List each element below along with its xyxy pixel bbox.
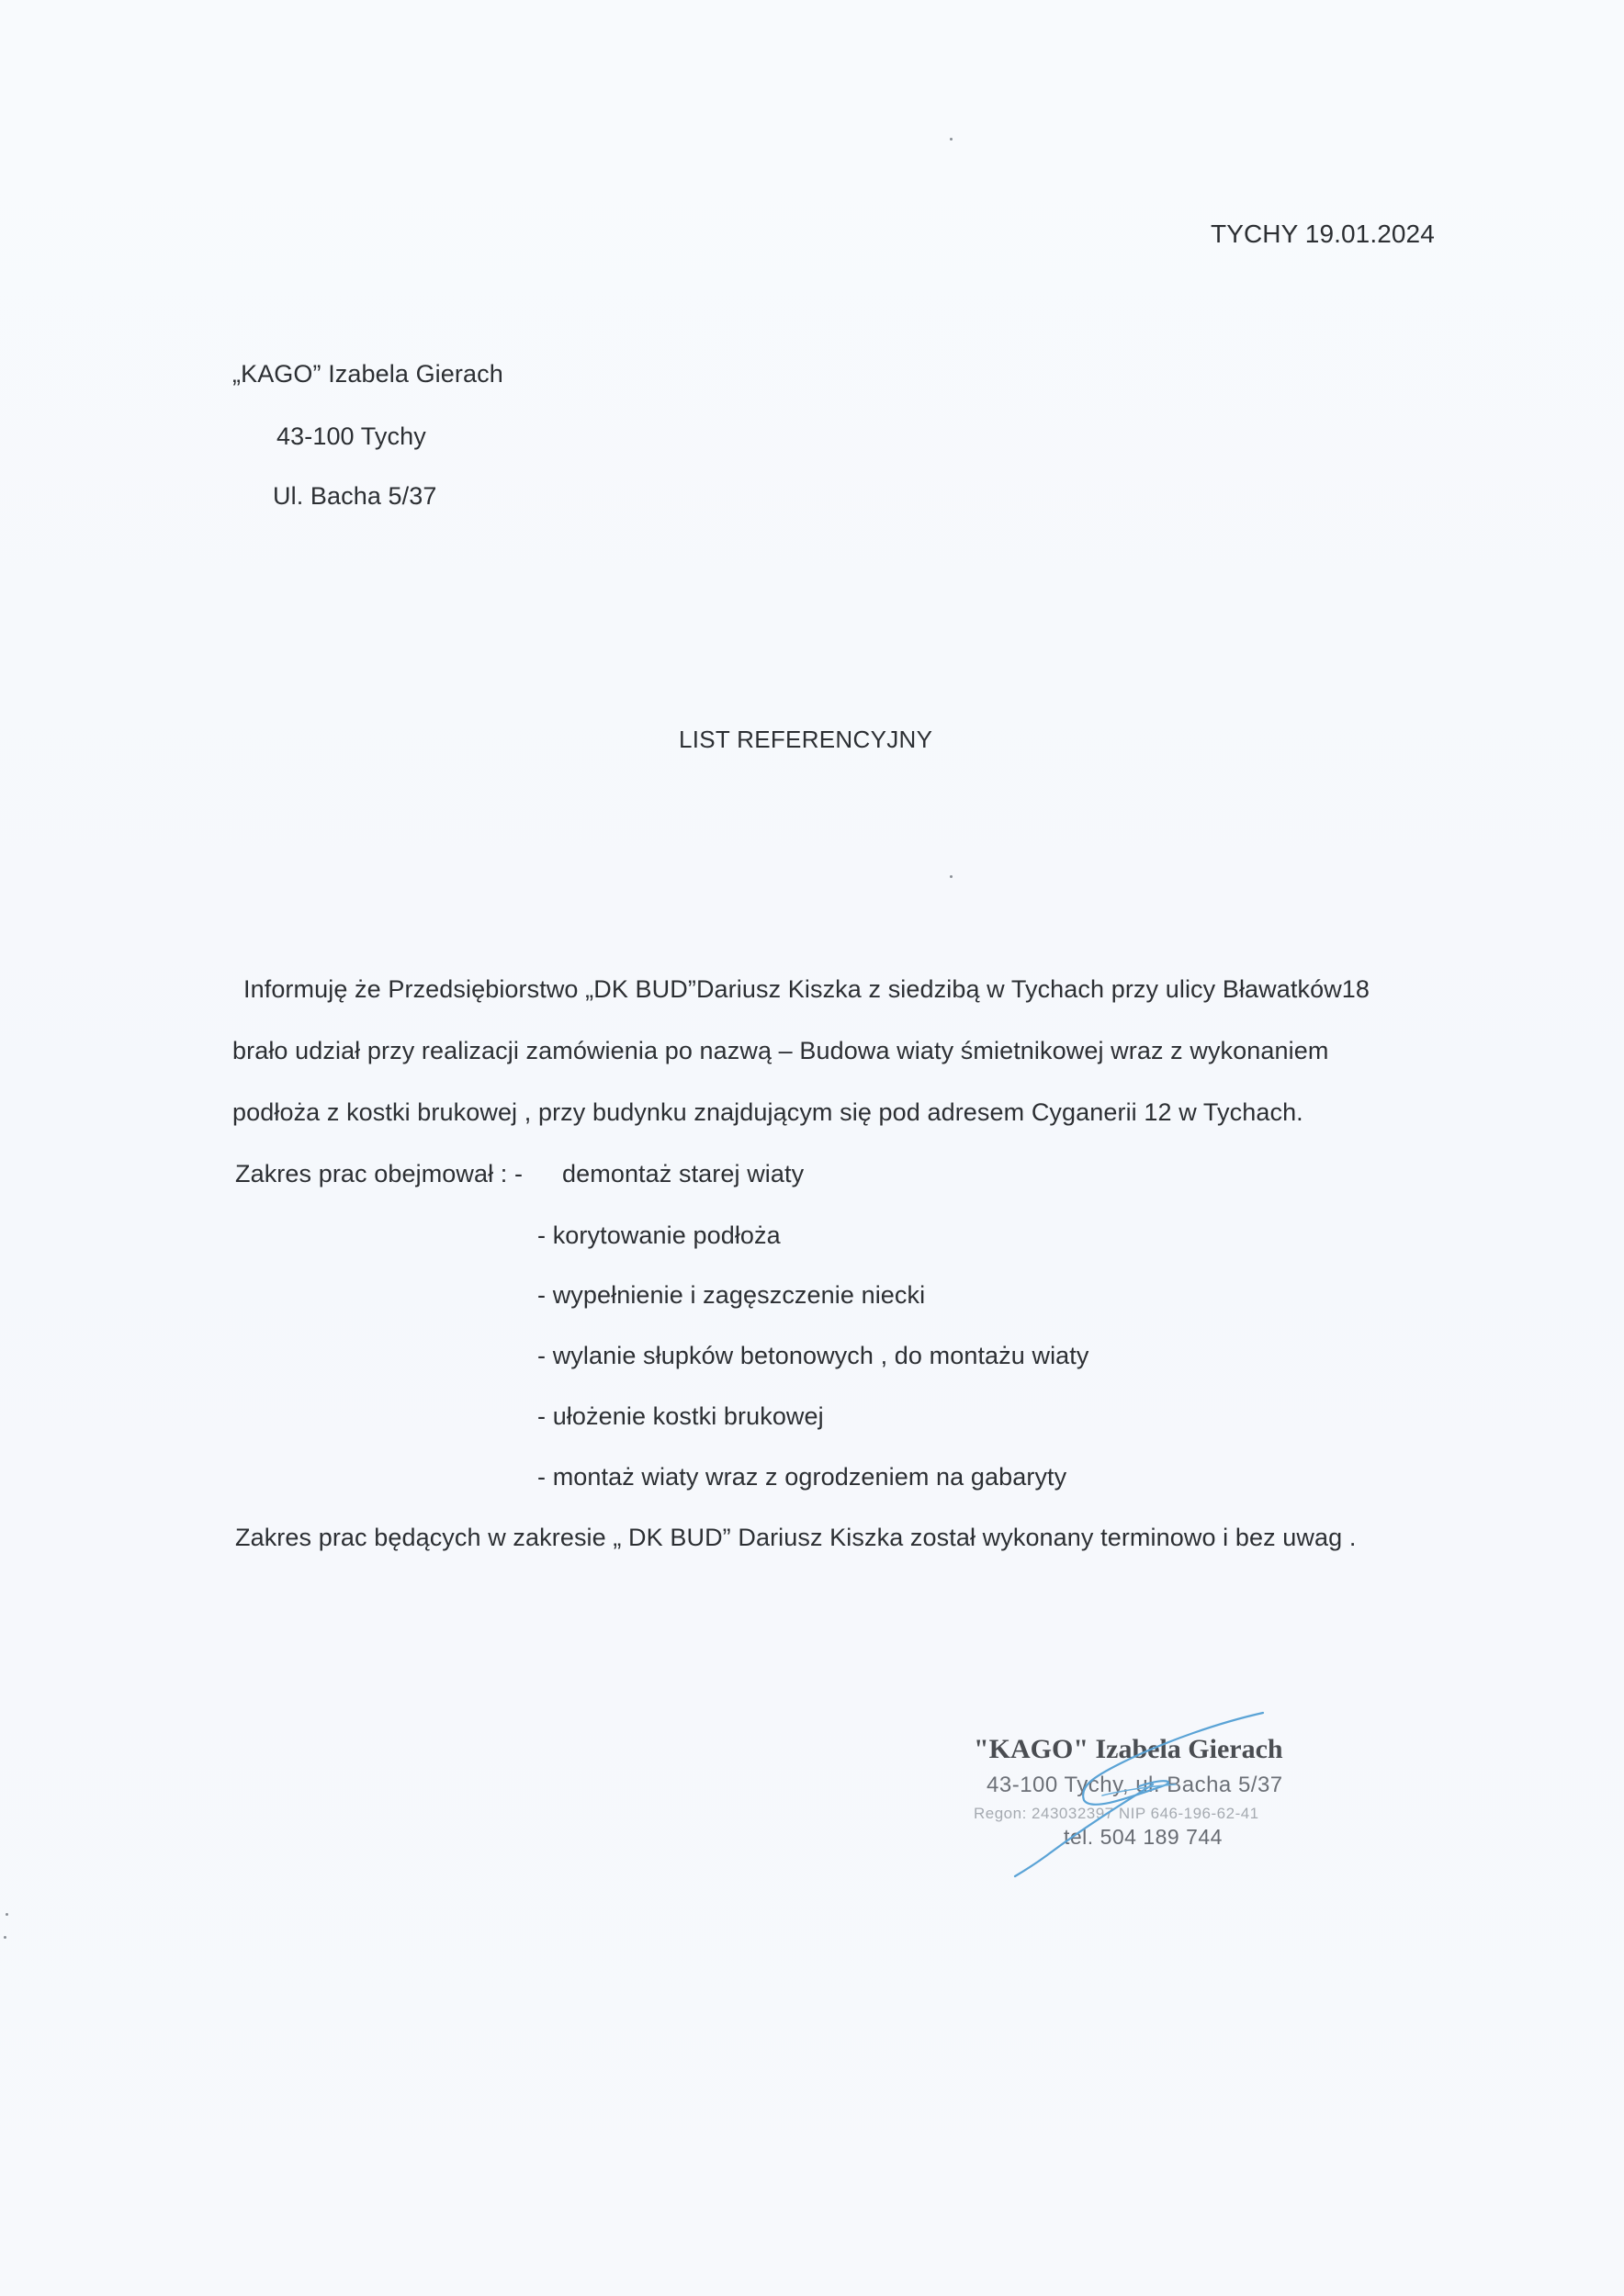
stamp-address: 43-100 Tychy, ul. Bacha 5/37 bbox=[987, 1773, 1283, 1798]
place-date: TYCHY 19.01.2024 bbox=[1211, 219, 1435, 250]
scope-item: - montaż wiaty wraz z ogrodzeniem na gab… bbox=[537, 1461, 1066, 1492]
paragraph-line: podłoża z kostki brukowej , przy budynku… bbox=[232, 1097, 1303, 1128]
sender-name: „KAGO” Izabela Gierach bbox=[232, 358, 503, 389]
paper-speck bbox=[4, 1936, 6, 1939]
paper-speck bbox=[6, 1913, 8, 1916]
paper-speck bbox=[950, 875, 953, 878]
paragraph-line: Informuję że Przedsiębiorstwo „DK BUD”Da… bbox=[243, 974, 1370, 1005]
sender-postal-code: 43-100 Tychy bbox=[276, 421, 426, 452]
scope-item: - korytowanie podłoża bbox=[537, 1220, 781, 1251]
document-page: TYCHY 19.01.2024 „KAGO” Izabela Gierach … bbox=[0, 0, 1624, 2296]
company-stamp: "KAGO" Izabela Gierach 43-100 Tychy, ul.… bbox=[955, 1727, 1359, 1874]
stamp-phone: tel. 504 189 744 bbox=[1064, 1825, 1223, 1850]
scope-item: demontaż starej wiaty bbox=[562, 1158, 804, 1189]
document-title: LIST REFERENCYJNY bbox=[679, 724, 932, 755]
closing-sentence: Zakres prac będących w zakresie „ DK BUD… bbox=[235, 1522, 1356, 1553]
paper-speck bbox=[950, 138, 953, 141]
paragraph-line: brało udział przy realizacji zamówienia … bbox=[232, 1035, 1328, 1066]
scope-item: - wypełnienie i zagęszczenie niecki bbox=[537, 1279, 925, 1311]
scope-intro: Zakres prac obejmował : - bbox=[235, 1158, 523, 1189]
stamp-registration-ids: Regon: 243032397 NIP 646-196-62-41 bbox=[974, 1805, 1259, 1823]
stamp-company-name: "KAGO" Izabela Gierach bbox=[974, 1734, 1283, 1765]
scope-item: - wylanie słupków betonowych , do montaż… bbox=[537, 1340, 1089, 1371]
scope-item: - ułożenie kostki brukowej bbox=[537, 1401, 824, 1432]
sender-street: Ul. Bacha 5/37 bbox=[273, 480, 437, 512]
